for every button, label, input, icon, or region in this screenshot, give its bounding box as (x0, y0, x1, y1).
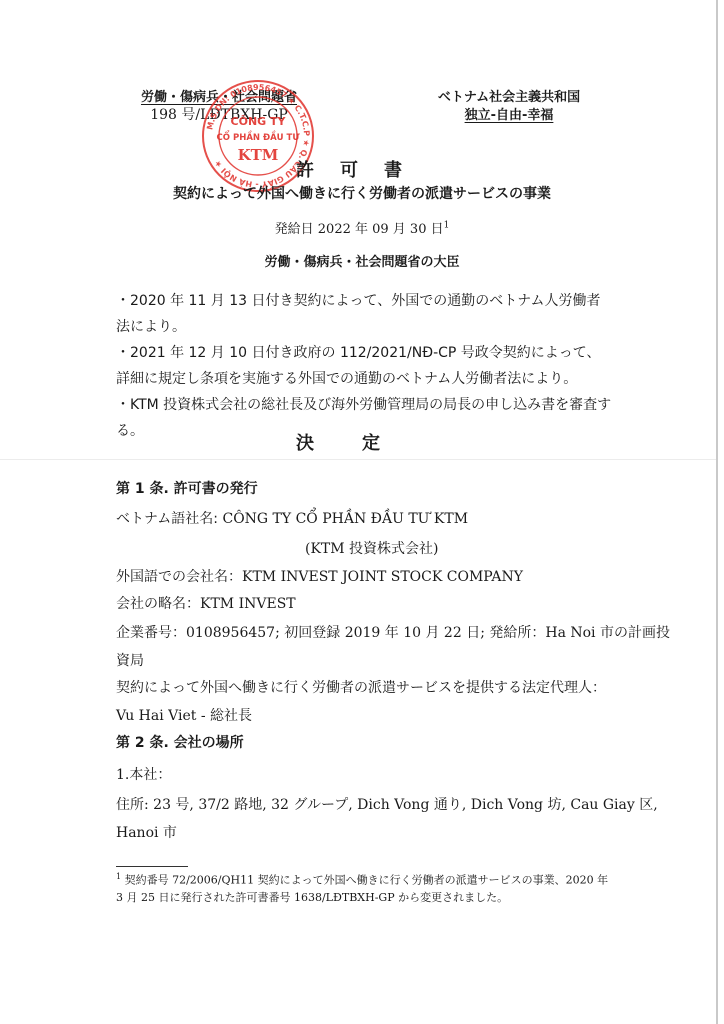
document-subtitle: 契約によって外国へ働きに行く労働者の派遣サービスの事業 (0, 183, 724, 203)
scan-edge-line (716, 0, 718, 1024)
preamble-item: ・2020 年 11 月 13 日付き契約によって、外国での通勤のベトナム人労働… (116, 288, 612, 340)
preamble-item: ・2021 年 12 月 10 日付き政府の 112/2021/NĐ-CP 号政… (116, 340, 612, 392)
svg-text:CÔNG TY: CÔNG TY (231, 115, 287, 128)
issue-date: 発給日 2022 年 09 月 30 日1 (0, 218, 724, 237)
footnote-text: 契約番号 72/2006/QH11 契約によって外国へ働きに行く労働者の派遣サー… (116, 874, 608, 904)
footnote-number: 1 (116, 872, 121, 881)
national-motto: 独立-自由-幸福 (384, 104, 634, 123)
decision-heading: 決定 (0, 429, 724, 455)
headquarters-address: 住所: 23 号, 37/2 路地, 32 グループ, Dich Vong 通り… (116, 794, 658, 814)
svg-text:CỔ PHẦN ĐẦU TƯ: CỔ PHẦN ĐẦU TƯ (217, 130, 301, 143)
vn-name-label: ベトナム語社名: (116, 511, 218, 527)
enterprise-registration: 企業番号：0108956457; 初回登録 2019 年 10 月 22 日; … (116, 622, 670, 642)
vn-name-value: CÔNG TY CỔ PHẦN ĐẦU TƯ KTM (222, 511, 468, 527)
article-2-heading: 第 2 条. 会社の場所 (116, 732, 244, 752)
vietnamese-company-name: ベトナム語社名: CÔNG TY CỔ PHẦN ĐẦU TƯ KTM (116, 508, 468, 528)
headquarters-address-cont: Hanoi 市 (116, 822, 177, 842)
enterprise-registration-cont: 資局 (116, 650, 144, 670)
foreign-company-name: 外国語での会社名：KTM INVEST JOINT STOCK COMPANY (116, 566, 523, 586)
company-short-name: 会社の略名：KTM INVEST (116, 593, 296, 613)
legal-representative-name: Vu Hai Viet - 総社長 (116, 705, 252, 725)
foreign-name-label: 外国語での会社名： (116, 569, 242, 585)
footnote: 1 契約番号 72/2006/QH11 契約によって外国へ働きに行く労働者の派遣… (116, 868, 616, 906)
legal-representative-label: 契約によって外国へ働きに行く労働者の派遣サービスを提供する法定代理人： (116, 677, 606, 697)
foreign-name-value: KTM INVEST JOINT STOCK COMPANY (242, 569, 523, 585)
article-1-heading: 第 1 条. 許可書の発行 (116, 478, 258, 498)
issue-date-text: 発給日 2022 年 09 月 30 日 (275, 222, 444, 237)
short-name-value: KTM INVEST (200, 596, 296, 612)
short-name-label: 会社の略名： (116, 596, 200, 612)
document-page: 労働・傷病兵・社会問題省 198 号/LĐTBXH-GP ベトナム社会主義共和国… (0, 0, 724, 1024)
footnote-divider (116, 866, 188, 867)
scan-artifact-line (0, 459, 716, 460)
headquarters-label: 1.本社： (116, 764, 171, 784)
document-title: 許可書 (0, 156, 724, 182)
japanese-company-name: (KTM 投資株式会社) (305, 538, 439, 558)
footnote-mark: 1 (444, 221, 450, 231)
country-name: ベトナム社会主義共和国 (384, 86, 634, 105)
issuing-authority: 労働・傷病兵・社会問題省の大臣 (0, 251, 724, 270)
